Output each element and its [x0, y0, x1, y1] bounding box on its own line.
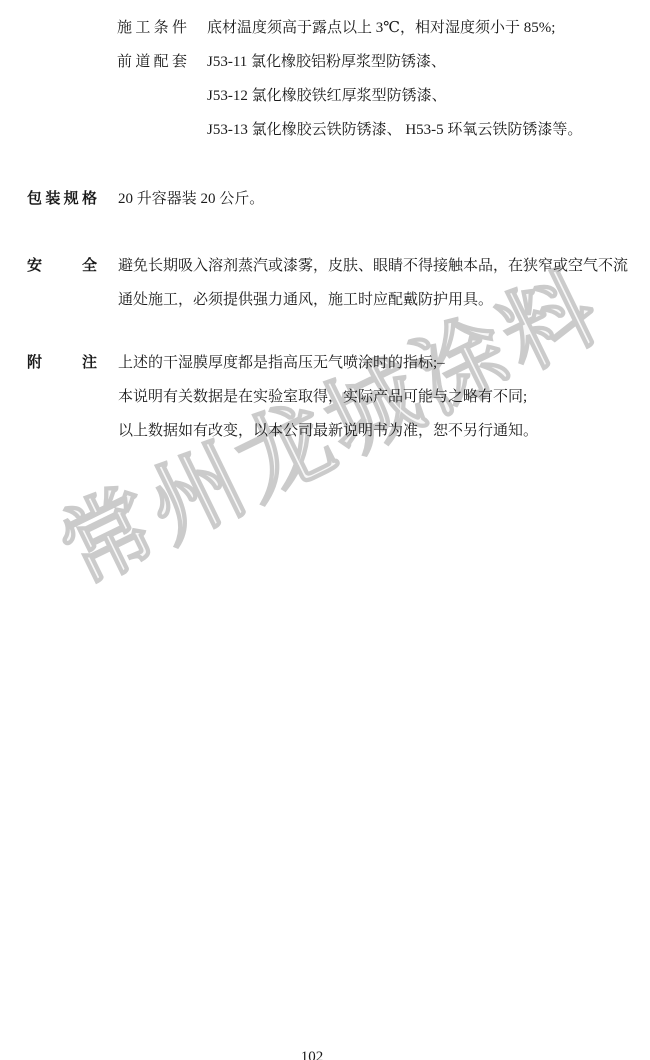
row-label: 包装规格 — [27, 182, 97, 216]
row-content: 底材温度须高于露点以上 3℃，相对湿度须小于 85%; — [207, 11, 555, 45]
section-safety: 安全 避免长期吸入溶剂蒸汽或漆雾，皮肤、眼睛不得接触本品，在狭窄或空气不流 通处… — [27, 249, 628, 317]
row-label: 附注 — [27, 346, 97, 448]
text-line: J53-11 氯化橡胶铝粉厚浆型防锈漆、 — [207, 45, 582, 79]
column-gap — [97, 182, 118, 216]
section-notes: 附注 上述的干湿膜厚度都是指高压无气喷涂时的指标;– 本说明有关数据是在实验室取… — [27, 346, 538, 448]
section-packaging: 包装规格 20 升容器装 20 公斤。 — [27, 182, 264, 216]
text-line: 20 升容器装 20 公斤。 — [118, 182, 264, 216]
row-content: 避免长期吸入溶剂蒸汽或漆雾，皮肤、眼睛不得接触本品，在狭窄或空气不流 通处施工，… — [118, 249, 628, 317]
row-content: 上述的干湿膜厚度都是指高压无气喷涂时的指标;– 本说明有关数据是在实验室取得，实… — [118, 346, 538, 448]
document-page: 常州龙城涂料 施工条件 底材温度须高于露点以上 3℃，相对湿度须小于 85%; … — [0, 0, 650, 1060]
text-line: J53-12 氯化橡胶铁红厚浆型防锈漆、 — [207, 79, 582, 113]
text-line: 通处施工，必须提供强力通风，施工时应配戴防护用具。 — [118, 283, 628, 317]
row-label: 安全 — [27, 249, 97, 317]
column-gap — [97, 249, 118, 317]
row-content: J53-11 氯化橡胶铝粉厚浆型防锈漆、 J53-12 氯化橡胶铁红厚浆型防锈漆… — [207, 45, 582, 147]
text-line: 避免长期吸入溶剂蒸汽或漆雾，皮肤、眼睛不得接触本品，在狭窄或空气不流 — [118, 249, 628, 283]
column-gap — [97, 346, 118, 448]
column-gap — [187, 11, 207, 45]
text-line: 本说明有关数据是在实验室取得，实际产品可能与之略有不同; — [118, 380, 538, 414]
text-line: 底材温度须高于露点以上 3℃，相对湿度须小于 85%; — [207, 11, 555, 45]
row-label: 施工条件 — [117, 11, 187, 45]
section-previous-coats: 前道配套 J53-11 氯化橡胶铝粉厚浆型防锈漆、 J53-12 氯化橡胶铁红厚… — [117, 45, 582, 147]
row-label: 前道配套 — [117, 45, 187, 147]
row-content: 20 升容器装 20 公斤。 — [118, 182, 264, 216]
page-number: 102 — [0, 1050, 624, 1060]
section-construction-conditions: 施工条件 底材温度须高于露点以上 3℃，相对湿度须小于 85%; — [117, 11, 555, 45]
text-line: 以上数据如有改变，以本公司最新说明书为准，恕不另行通知。 — [118, 414, 538, 448]
text-line: 上述的干湿膜厚度都是指高压无气喷涂时的指标;– — [118, 346, 538, 380]
text-line: J53-13 氯化橡胶云铁防锈漆、 H53-5 环氧云铁防锈漆等。 — [207, 113, 582, 147]
column-gap — [187, 45, 207, 147]
